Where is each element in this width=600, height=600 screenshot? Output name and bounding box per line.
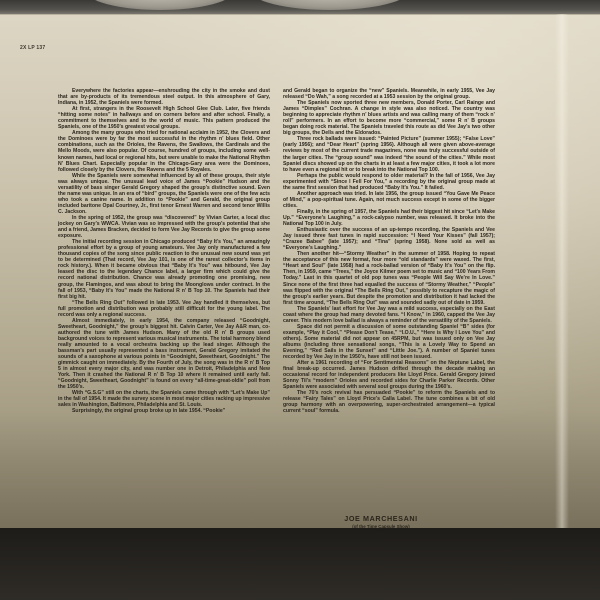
album-back-cover: 2X LP 137 Everywhere the factories appea… (0, 14, 600, 529)
paragraph: “The Bells Ring Out” followed in late 19… (58, 300, 270, 318)
paragraph: Perhaps the public would respond to olde… (283, 173, 495, 191)
sleeve-seam (555, 14, 569, 600)
paragraph: After a 1961 recording of “For Sentiment… (283, 360, 495, 390)
paragraph: Surprisingly, the original group broke u… (58, 408, 270, 414)
paragraph: Among the many groups who tried for nati… (58, 130, 270, 172)
paragraph: The Spaniels now sported three new membe… (283, 100, 495, 136)
paragraph: Three rock ballads were issued: “Painted… (283, 136, 495, 172)
record-disc-left (85, 0, 235, 10)
paragraph: Then another hit—“Stormy Weather” in the… (283, 251, 495, 305)
paragraph: Finally, in the spring of 1957, the Span… (283, 209, 495, 227)
paragraph: With “G.S.G” still on the charts, the Sp… (58, 390, 270, 408)
paragraph: Enthusiastic over the success of an up-t… (283, 227, 495, 251)
dark-surface-bottom (0, 528, 600, 600)
paragraph: While the Spaniels were somewhat influen… (58, 173, 270, 215)
paragraph: The initial recording session in Chicago… (58, 239, 270, 299)
catalog-number: 2X LP 137 (20, 45, 45, 51)
paragraph: In the spring of 1952, the group was “di… (58, 215, 270, 239)
paragraph: The Spaniels’ last effort for Vee Jay wa… (283, 306, 495, 324)
liner-notes-left-column: Everywhere the factories appear—enshroud… (58, 88, 270, 415)
paragraph: Almost immediately, in early 1954, the c… (58, 318, 270, 391)
author-byline: JOE MARCHESANI (of the Time Capsule Show… (340, 514, 422, 529)
paragraph: and Gerald began to organize the “new” S… (283, 88, 495, 100)
author-name: JOE MARCHESANI (340, 514, 422, 523)
liner-notes-right-column: and Gerald began to organize the “new” S… (283, 88, 495, 415)
paragraph: At first, strangers in the Roosevelt Hig… (58, 106, 270, 130)
paragraph: Space did not permit a discussion of som… (283, 324, 495, 360)
paragraph: Everywhere the factories appear—enshroud… (58, 88, 270, 106)
paragraph: The 70’s rock revival has persuaded “Poo… (283, 390, 495, 414)
record-disc-right (250, 0, 410, 10)
paragraph: Another approach was tried. In late 1956… (283, 191, 495, 209)
